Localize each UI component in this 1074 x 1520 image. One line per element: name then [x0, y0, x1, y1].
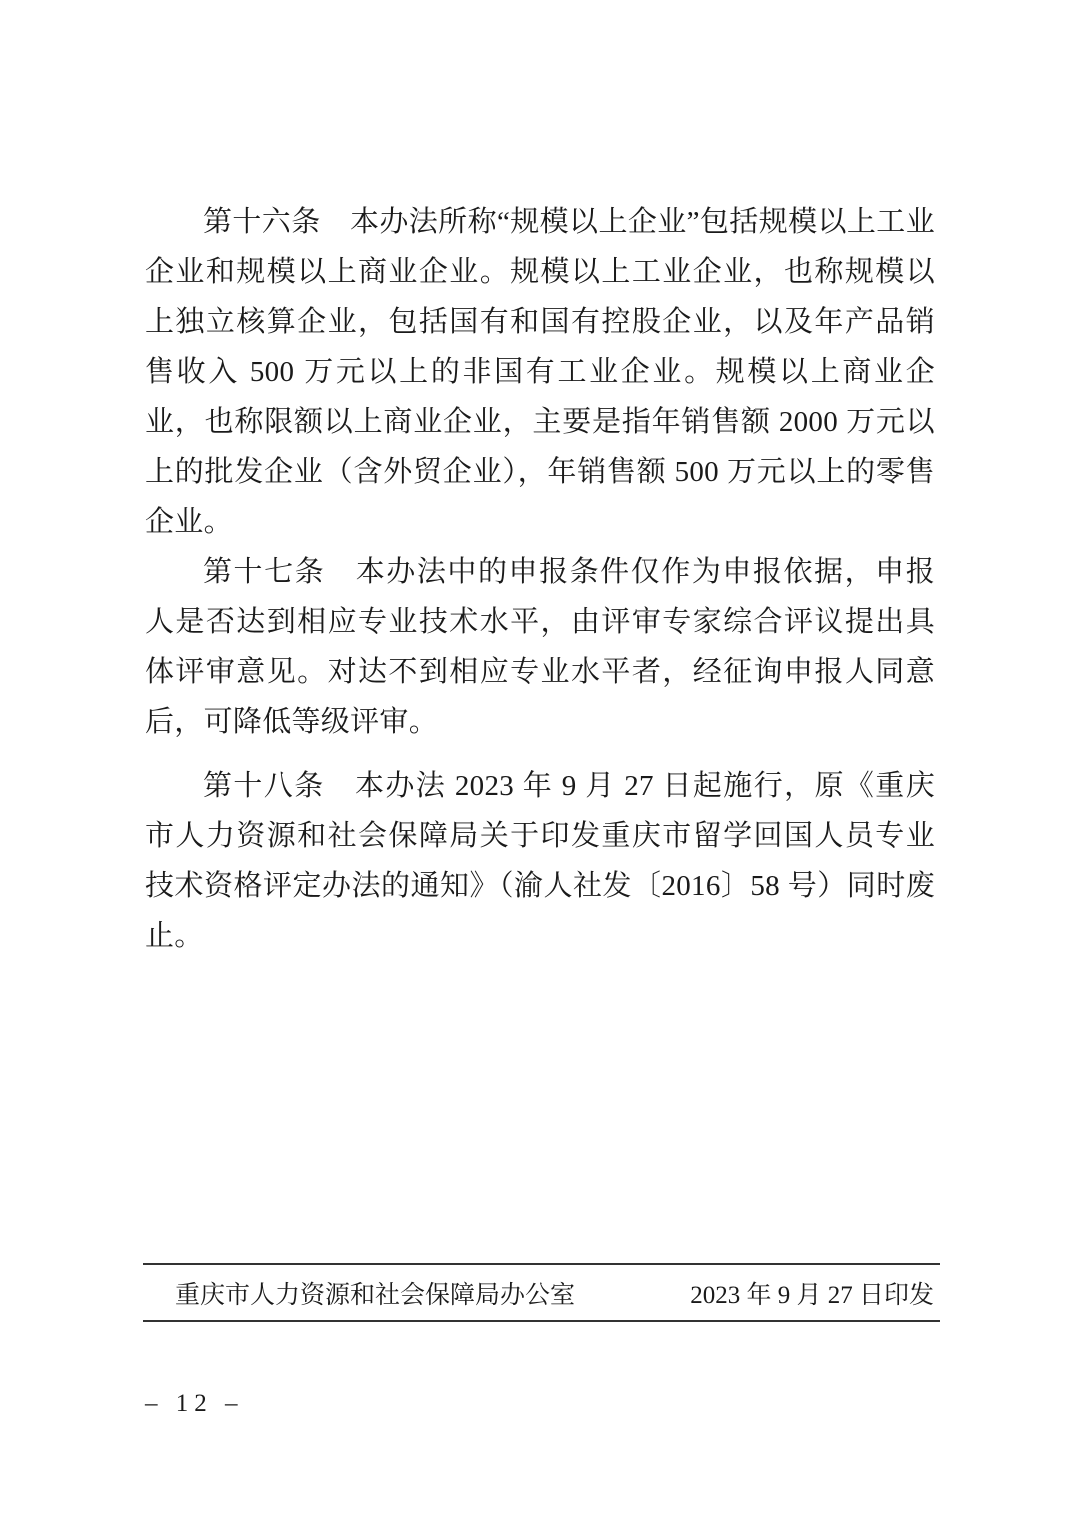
colophon: 重庆市人力资源和社会保障局办公室 2023 年 9 月 27 日印发 [143, 1263, 940, 1322]
document-body: 第十六条 本办法所称“规模以上企业”包括规模以上工业企业和规模以上商业企业。规模… [145, 197, 935, 961]
paragraph-article-17: 第十七条 本办法中的申报条件仅作为申报依据，申报人是否达到相应专业技术水平，由评… [145, 547, 935, 747]
issuing-office: 重庆市人力资源和社会保障局办公室 [175, 1275, 575, 1311]
print-date: 2023 年 9 月 27 日印发 [690, 1275, 934, 1311]
page-number: – 12 – [145, 1390, 244, 1418]
paragraph-article-18: 第十八条 本办法 2023 年 9 月 27 日起施行，原《重庆市人力资源和社会… [145, 761, 935, 961]
document-page: 第十六条 本办法所称“规模以上企业”包括规模以上工业企业和规模以上商业企业。规模… [0, 0, 1074, 1520]
paragraph-article-16: 第十六条 本办法所称“规模以上企业”包括规模以上工业企业和规模以上商业企业。规模… [145, 197, 935, 547]
